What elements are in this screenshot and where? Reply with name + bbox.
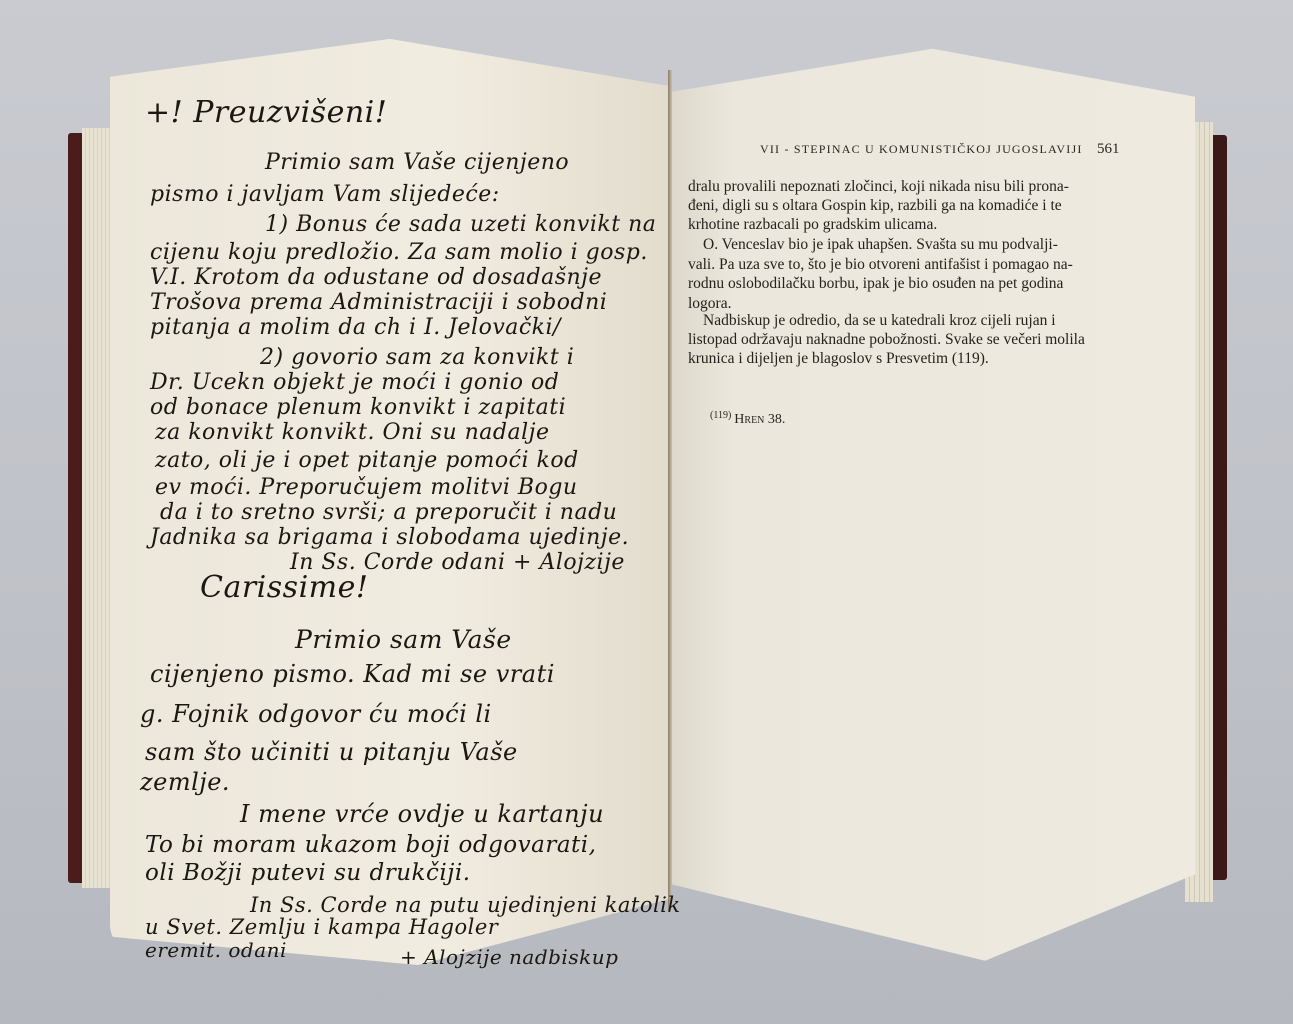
letter-line: To bi moram ukazom boji odgovarati, <box>145 832 596 858</box>
letter-line: Dr. Ucekn objekt je moći i gonio od <box>150 370 559 395</box>
letter-line: g. Fojnik odgovor ću moći li <box>140 700 492 728</box>
letter-line: u Svet. Zemlju i kampa Hagoler <box>145 915 498 939</box>
text-line: krhotine razbacali po gradskim ulicama. <box>688 216 937 234</box>
letter-line: Jadnika sa brigama i slobodama ujedinje. <box>150 525 629 550</box>
letter-line: 1) Bonus će sada uzeti konvikt na <box>265 212 656 237</box>
letter-line: zemlje. <box>140 768 230 796</box>
letter-line: oli Božji putevi su drukčiji. <box>145 860 471 886</box>
letter-line: In Ss. Corde na putu ujedinjeni katolik <box>250 893 681 917</box>
letter-line: Primio sam Vaše <box>295 625 512 654</box>
letter-line: V.I. Krotom da odustane od dosadašnje <box>150 265 602 290</box>
letter-line: od bonace plenum konvikt i zapitati <box>150 395 566 420</box>
text-line: krunica i dijeljen je blagoslov s Presve… <box>688 350 989 368</box>
letter-line: Primio sam Vaše cijenjeno <box>265 150 569 175</box>
text-line: logora. <box>688 295 731 313</box>
text-line: dralu provalili nepoznati zločinci, koji… <box>688 178 1069 196</box>
page-number: 561 <box>1097 141 1120 158</box>
letter-1-salutation: +! Preuzvišeni! <box>145 95 387 130</box>
text-line: đeni, digli su s oltara Gospin kip, razb… <box>688 197 1062 215</box>
letter-line: da i to sretno svrši; a preporučit i nad… <box>160 500 617 525</box>
text-line: O. Venceslav bio je ipak uhapšen. Svašta… <box>703 236 1058 254</box>
letter-line: sam što učiniti u pitanju Vaše <box>145 738 518 766</box>
letter-line: zato, oli je i opet pitanje pomoći kod <box>155 448 579 473</box>
footnote-marker: (119) <box>710 410 731 421</box>
running-head: VII - STEPINAC U KOMUNISTIČKOJ JUGOSLAVI… <box>760 142 1083 157</box>
letter-line: cijenjeno pismo. Kad mi se vrati <box>150 660 555 688</box>
letter-line: pitanja a molim da ch i I. Jelovački/ <box>150 315 561 340</box>
letter-2-salutation: Carissime! <box>200 570 368 605</box>
book-gutter <box>668 70 672 910</box>
text-line: rodnu oslobodilačku borbu, ipak je bio o… <box>688 275 1063 293</box>
letter-line: ev moći. Preporučujem molitvi Bogu <box>155 475 578 500</box>
right-page-printed-text <box>670 20 1195 980</box>
letter-line: eremit. odani <box>145 938 287 962</box>
letter-line: I mene vrće ovdje u kartanju <box>240 800 604 828</box>
letter-line: 2) govorio sam za konvikt i <box>260 345 574 370</box>
letter-line: cijenu koju predložio. Za sam molio i go… <box>150 240 648 265</box>
footnote-text: Hren 38. <box>734 412 785 427</box>
letter-line: Trošova prema Administraciji i sobodni <box>150 290 607 315</box>
letter-2-signature: + Alojzije nadbiskup <box>400 945 618 969</box>
footnote: (119) Hren 38. <box>710 410 785 428</box>
text-line: listopad održavaju naknadne pobožnosti. … <box>688 331 1085 349</box>
letter-line: za konvikt konvikt. Oni su nadalje <box>155 420 550 445</box>
text-line: vali. Pa uza sve to, što je bio otvoreni… <box>688 256 1073 274</box>
text-line: Nadbiskup je odredio, da se u katedrali … <box>703 312 1056 330</box>
letter-line: pismo i javljam Vam slijedeće: <box>150 182 500 207</box>
